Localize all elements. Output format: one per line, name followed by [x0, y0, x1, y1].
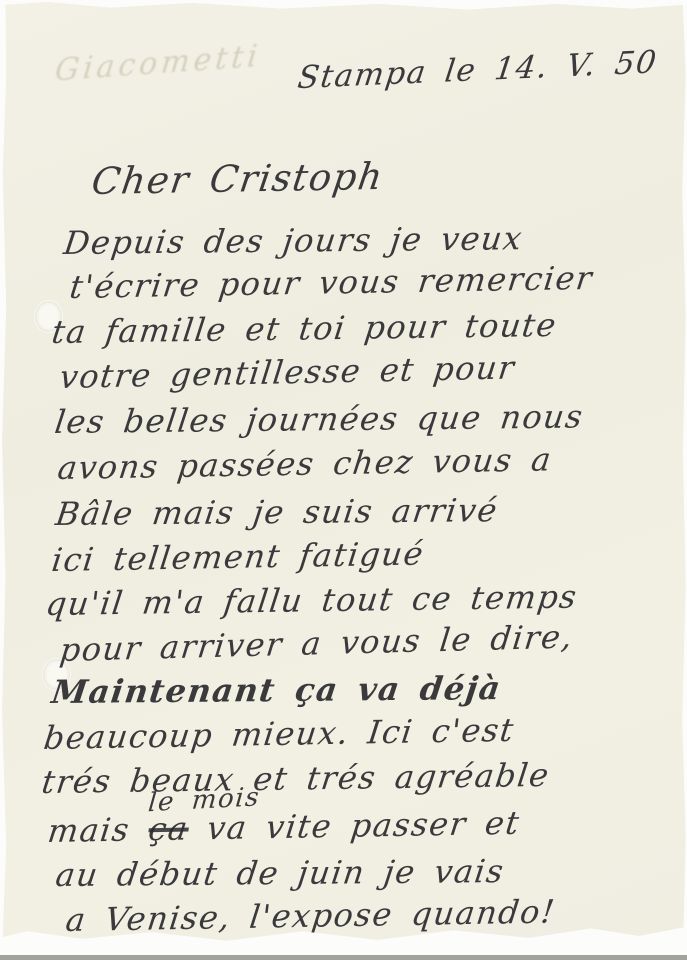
letter-line: ici tellement fatigué [50, 534, 427, 579]
pencil-inscription: Giacometti [53, 39, 262, 89]
inserted-word-above: le mois [147, 782, 261, 818]
letter-line: Depuis des jours je veux [62, 219, 526, 262]
letter-line: votre gentillesse et pour [58, 348, 518, 396]
scan-edge-shadow [0, 955, 687, 960]
letter-line: Bâle mais je suis arrivé [53, 491, 500, 533]
letter-line: au début de juin je vais [53, 852, 506, 894]
letter-line: pour arriver a vous le dire, [58, 617, 576, 669]
letter-line: trés beaux et trés agréable [40, 756, 552, 801]
letter-line: Maintenant ça va déjà [49, 669, 503, 711]
letter-line-with-correction: mais le mois ça va vite passer et [46, 804, 523, 850]
scan-background: Giacometti Stampa le 14. V. 50 Cher Cris… [0, 0, 687, 960]
letter-line: les belles journées que nous [53, 397, 586, 441]
correction-cluster: le mois ça [146, 809, 191, 848]
letter-line: qu'il m'a fallu tout ce temps [44, 578, 580, 623]
word-before-correction: mais [46, 811, 133, 851]
letter-line: t'écrire pour vous remercier [68, 259, 596, 306]
letter-line: beaucoup mieux. Ici c'est [42, 711, 517, 757]
letter-paper: Giacometti Stampa le 14. V. 50 Cher Cris… [0, 0, 687, 960]
letter-dateline: Stampa le 14. V. 50 [296, 44, 660, 96]
letter-line: avons passées chez vous a [56, 440, 555, 487]
letter-salutation: Cher Cristoph [89, 155, 386, 203]
letter-line: ta famille et toi pour toute [50, 306, 560, 351]
letter-line: a Venise, l'expose quando! [64, 892, 558, 939]
